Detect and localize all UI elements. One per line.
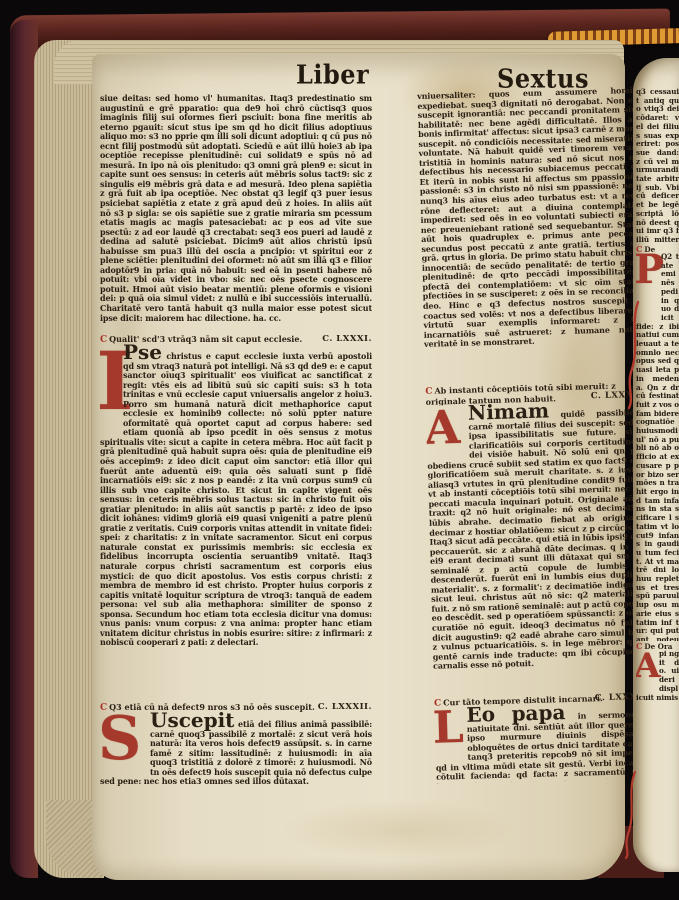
chapter-number: C. LXXXI.: [322, 334, 372, 344]
rubricated-initial-L: L: [434, 709, 463, 756]
chapter-82-rubric: CQ3 etiā cū nā defect9 nros s3 nō oēs su…: [100, 702, 372, 712]
chapter-81-rubric: CQualit' scd'3 vtrāq3 nām sit caput eccl…: [100, 334, 372, 344]
paraph-mark: C: [425, 387, 432, 397]
body-text-block: christus e caput ecclesie iuxta verbū ap…: [100, 351, 372, 647]
rubric-text: Qualit' scd'3 vtrāq3 nām sit caput eccle…: [109, 334, 302, 344]
paraph-mark: C: [636, 244, 642, 253]
rubricated-initial-I: I: [100, 344, 118, 432]
initial-flourish-tail: [620, 770, 642, 860]
rubricated-initial-A: A: [426, 407, 465, 454]
paraph-mark: C: [434, 699, 441, 708]
facing-bottom-text: A pi ngit do. uideri displicuit nimis: [636, 650, 679, 710]
paraph-mark: C: [636, 641, 642, 650]
rubricated-initial-flourished: A: [636, 651, 656, 685]
book-photograph: Liber Sextus siue deitas: sed homo vl' h…: [0, 0, 679, 900]
initial-flourish-tail: [622, 300, 646, 410]
chapter-number: C. LXXXII.: [318, 702, 372, 712]
right-column: vniuersaliter: quos eum assumere homini …: [417, 86, 660, 784]
body-text-block: vniuersaliter: quos eum assumere homini …: [417, 86, 649, 386]
chapter-82-text: SUscepit etiā dei filius animā passibilē…: [100, 712, 372, 796]
chapter-81-text: IPse christus e caput ecclesie iuxta ver…: [100, 344, 372, 702]
body-text-block: siue deitas: sed homo vl' humanitas. Ita…: [100, 94, 372, 334]
paraph-mark: C: [100, 703, 107, 712]
body-text-block: q3 cessauit antiq quo vtiq3 dei cōdaret:…: [636, 88, 679, 244]
rubric-text: Q3 etiā cū nā defect9 nros s3 nō oēs sus…: [109, 702, 315, 712]
paraph-mark: C: [100, 335, 107, 344]
facing-rubric-2: CDe Ora: [636, 641, 679, 650]
rubric-text: De Ora: [644, 642, 672, 650]
rubricated-initial-S: S: [100, 714, 146, 772]
facing-rubric-1: CDe Mulie: [636, 244, 679, 253]
page-stack-fore-edge: [34, 40, 98, 878]
chapter-83-text: ANimam quidē passibilē z carnē mortalē f…: [426, 400, 658, 698]
running-header-liber: Liber: [296, 59, 369, 90]
left-column: siue deitas: sed homo vl' humanitas. Ita…: [100, 94, 372, 796]
